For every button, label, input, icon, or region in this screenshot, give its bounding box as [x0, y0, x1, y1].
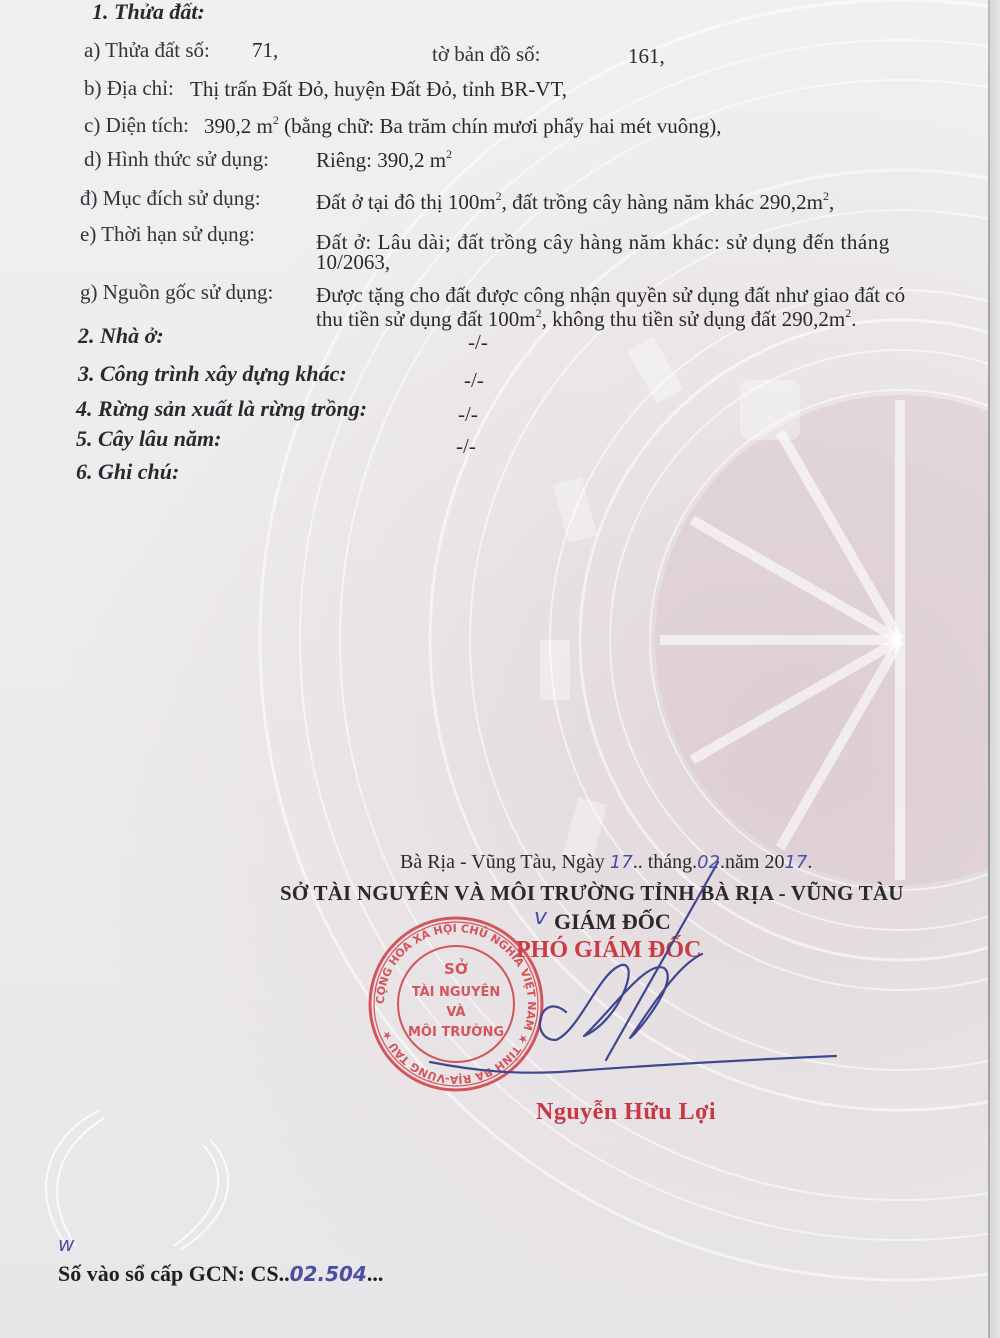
- handwritten-initial: w: [58, 1232, 74, 1256]
- registration-label: Số vào sổ cấp GCN: CS: [58, 1261, 279, 1286]
- registration-dots-1: ..: [279, 1261, 290, 1286]
- embossed-seal-icon: [0, 0, 1000, 1338]
- registration-handwritten-number: 02.504: [290, 1262, 367, 1286]
- registration-number: Số vào sổ cấp GCN: CS..02.504...: [58, 1262, 383, 1286]
- registration-dots-2: ...: [367, 1261, 384, 1286]
